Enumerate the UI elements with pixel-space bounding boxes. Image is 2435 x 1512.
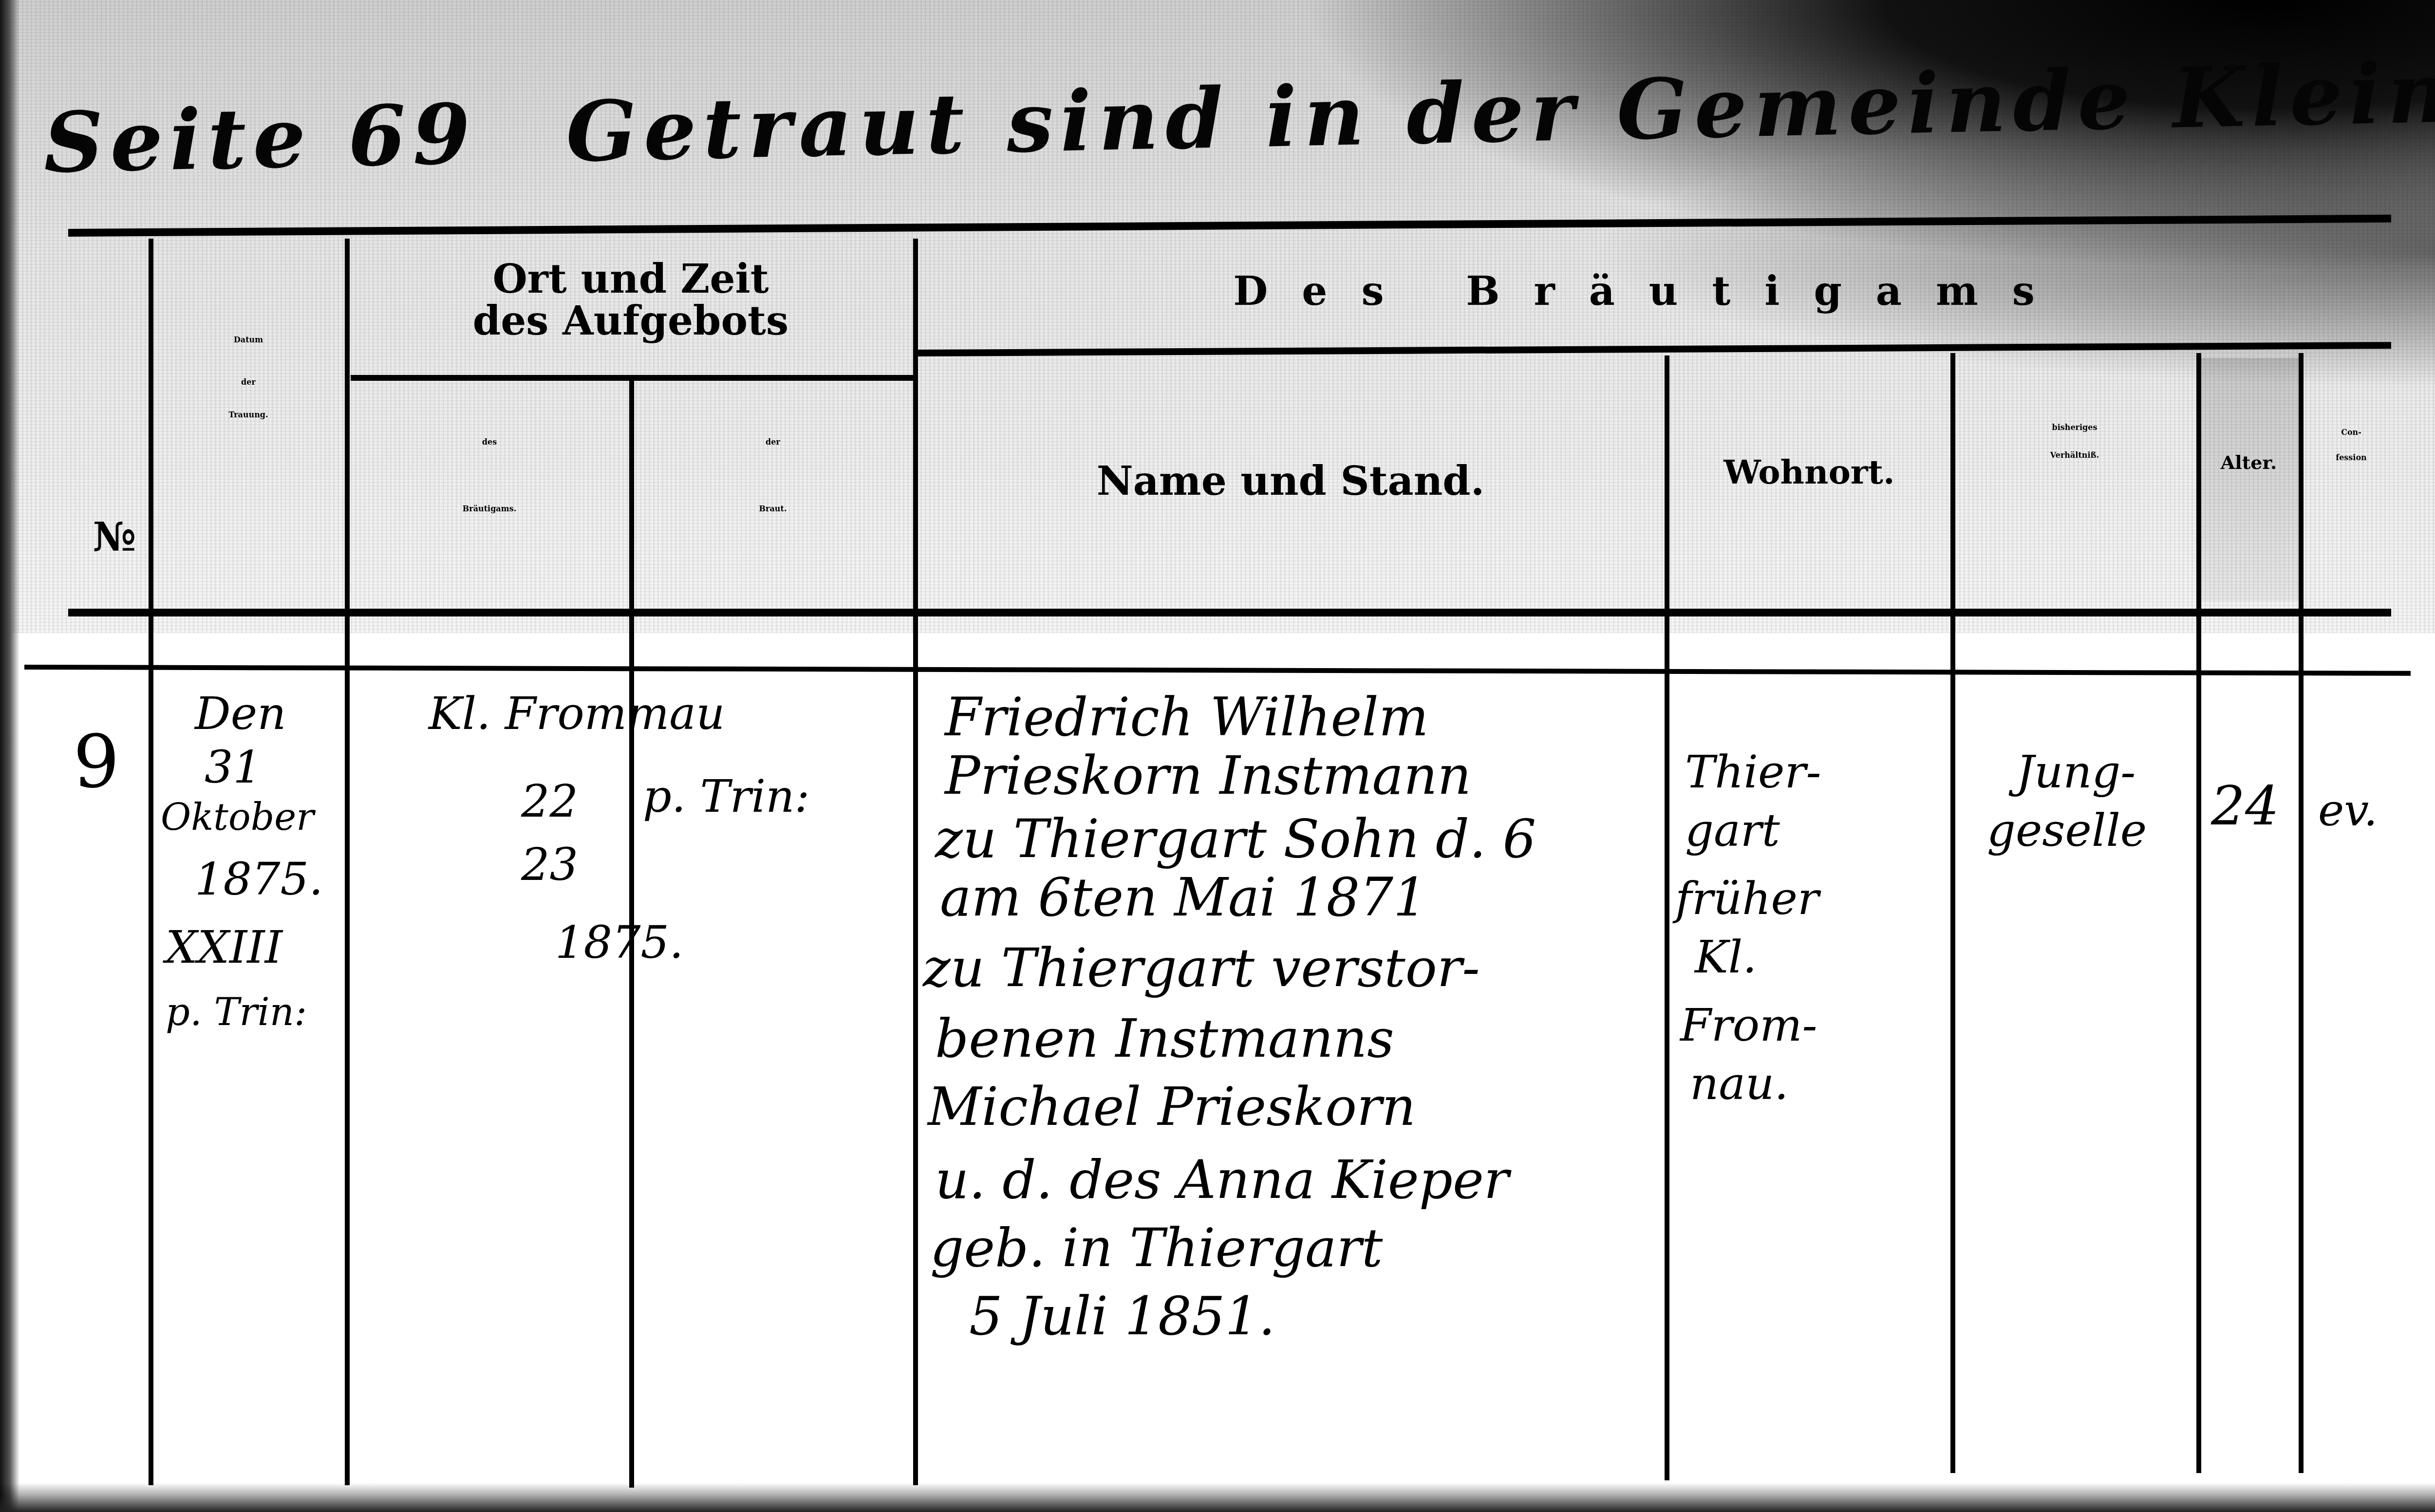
header-verhaeltniss: bisheriges Verhältniß. [1955, 424, 2194, 460]
datum-line: XXIII [166, 925, 282, 970]
datum-line: Oktober [161, 799, 314, 836]
wohnort-line: Kl. [1695, 935, 1757, 980]
name-stand-line: am 6ten Mai 1871 [940, 872, 1427, 924]
header-confession: Con- fession [2303, 429, 2400, 462]
column-divider [913, 239, 918, 1485]
wohnort-line: gart [1685, 808, 1780, 853]
scan-left-edge [0, 0, 19, 1512]
header-datum: Datum der Trauung. [153, 336, 343, 419]
datum-line: Den [195, 691, 286, 736]
header-datum-line2: der [153, 378, 343, 387]
name-stand-line: Friedrich Wilhelm [945, 691, 1428, 744]
header-aufgebot-groom-line1: des [351, 438, 628, 447]
header-shade-alter [2201, 358, 2299, 601]
aufgebot-groom-line: 22 [521, 779, 578, 824]
row-top-rule [24, 665, 2411, 676]
header-bottom-rule [68, 609, 2391, 616]
name-stand-line: Michael Prieskorn [928, 1081, 1416, 1134]
header-verhaeltniss-line1: bisheriges [1955, 424, 2194, 432]
header-datum-line1: Datum [153, 336, 343, 344]
scan-bottom-edge [0, 1483, 2435, 1512]
column-divider [345, 239, 350, 1485]
header-datum-line3: Trauung. [153, 411, 343, 419]
header-number: № [83, 516, 146, 558]
datum-line: 1875. [195, 857, 323, 902]
name-stand-line: 5 Juli 1851. [969, 1290, 1275, 1343]
header-alter-label: Alter. [2221, 451, 2277, 473]
header-aufgebot-bride-line1: der [634, 438, 912, 447]
header-wohnort-label: Wohnort. [1723, 453, 1894, 492]
aufgebot-groom-line: 23 [521, 842, 578, 887]
header-name-stand: Name und Stand. [920, 460, 1661, 502]
verhaeltniss-line: geselle [1987, 808, 2147, 853]
header-groom-group-label: Des Bräutigams [1233, 268, 2069, 315]
wohnort-line: Thier- [1685, 750, 1821, 795]
column-divider [2299, 353, 2304, 1473]
header-verhaeltniss-line2: Verhältniß. [1955, 451, 2194, 460]
header-number-label: № [93, 514, 136, 560]
column-divider [1665, 355, 1669, 1480]
header-confession-line1: Con- [2303, 429, 2400, 437]
header-alter: Alter. [2201, 453, 2296, 472]
wohnort-line: nau. [1690, 1062, 1789, 1106]
aufgebot-bride-line: p. Trin: [643, 774, 809, 819]
name-stand-line: u. d. des Anna Kieper [935, 1154, 1509, 1207]
header-aufgebot-groom: des Bräutigams. [351, 438, 628, 513]
cell-confession: ev. [2318, 789, 2378, 833]
wohnort-line: früher [1675, 877, 1819, 921]
verhaeltniss-line: Jung- [2016, 750, 2135, 795]
aufgebot-groom-line: Kl. Frommau [429, 691, 725, 736]
header-wohnort: Wohnort. [1670, 455, 1948, 490]
name-stand-line: Prieskorn Instmann [945, 750, 1471, 803]
header-aufgebot-line1: Ort und Zeit [351, 258, 911, 300]
datum-line: p. Trin: [166, 993, 307, 1031]
entry-number: 9 [73, 726, 119, 799]
header-name-stand-label: Name und Stand. [1097, 458, 1484, 504]
column-divider [1950, 353, 1955, 1473]
column-divider [2196, 353, 2201, 1473]
header-groom-group: Des Bräutigams [920, 270, 2381, 312]
header-aufgebot-line2: des Aufgebots [351, 300, 911, 342]
name-stand-line: zu Thiergart Sohn d. 6 [935, 813, 1536, 866]
aufgebot-groom-line: 1875. [555, 920, 683, 965]
header-aufgebot-bride-line2: Braut. [634, 505, 912, 513]
wohnort-line: From- [1680, 1003, 1817, 1048]
page-number-label: Seite 69 [42, 85, 478, 192]
header-aufgebot-groom-line2: Bräutigams. [351, 505, 628, 513]
name-stand-line: benen Instmanns [935, 1013, 1394, 1065]
header-aufgebot-bride: der Braut. [634, 438, 912, 513]
cell-alter: 24 [2211, 779, 2279, 833]
header-aufgebot-group: Ort und Zeit des Aufgebots [351, 258, 911, 342]
name-stand-line: zu Thiergart verstor- [923, 942, 1480, 995]
datum-line: 31 [205, 745, 262, 790]
header-confession-line2: fession [2303, 454, 2400, 462]
column-divider [149, 239, 153, 1485]
name-stand-line: geb. in Thiergart [930, 1222, 1383, 1275]
